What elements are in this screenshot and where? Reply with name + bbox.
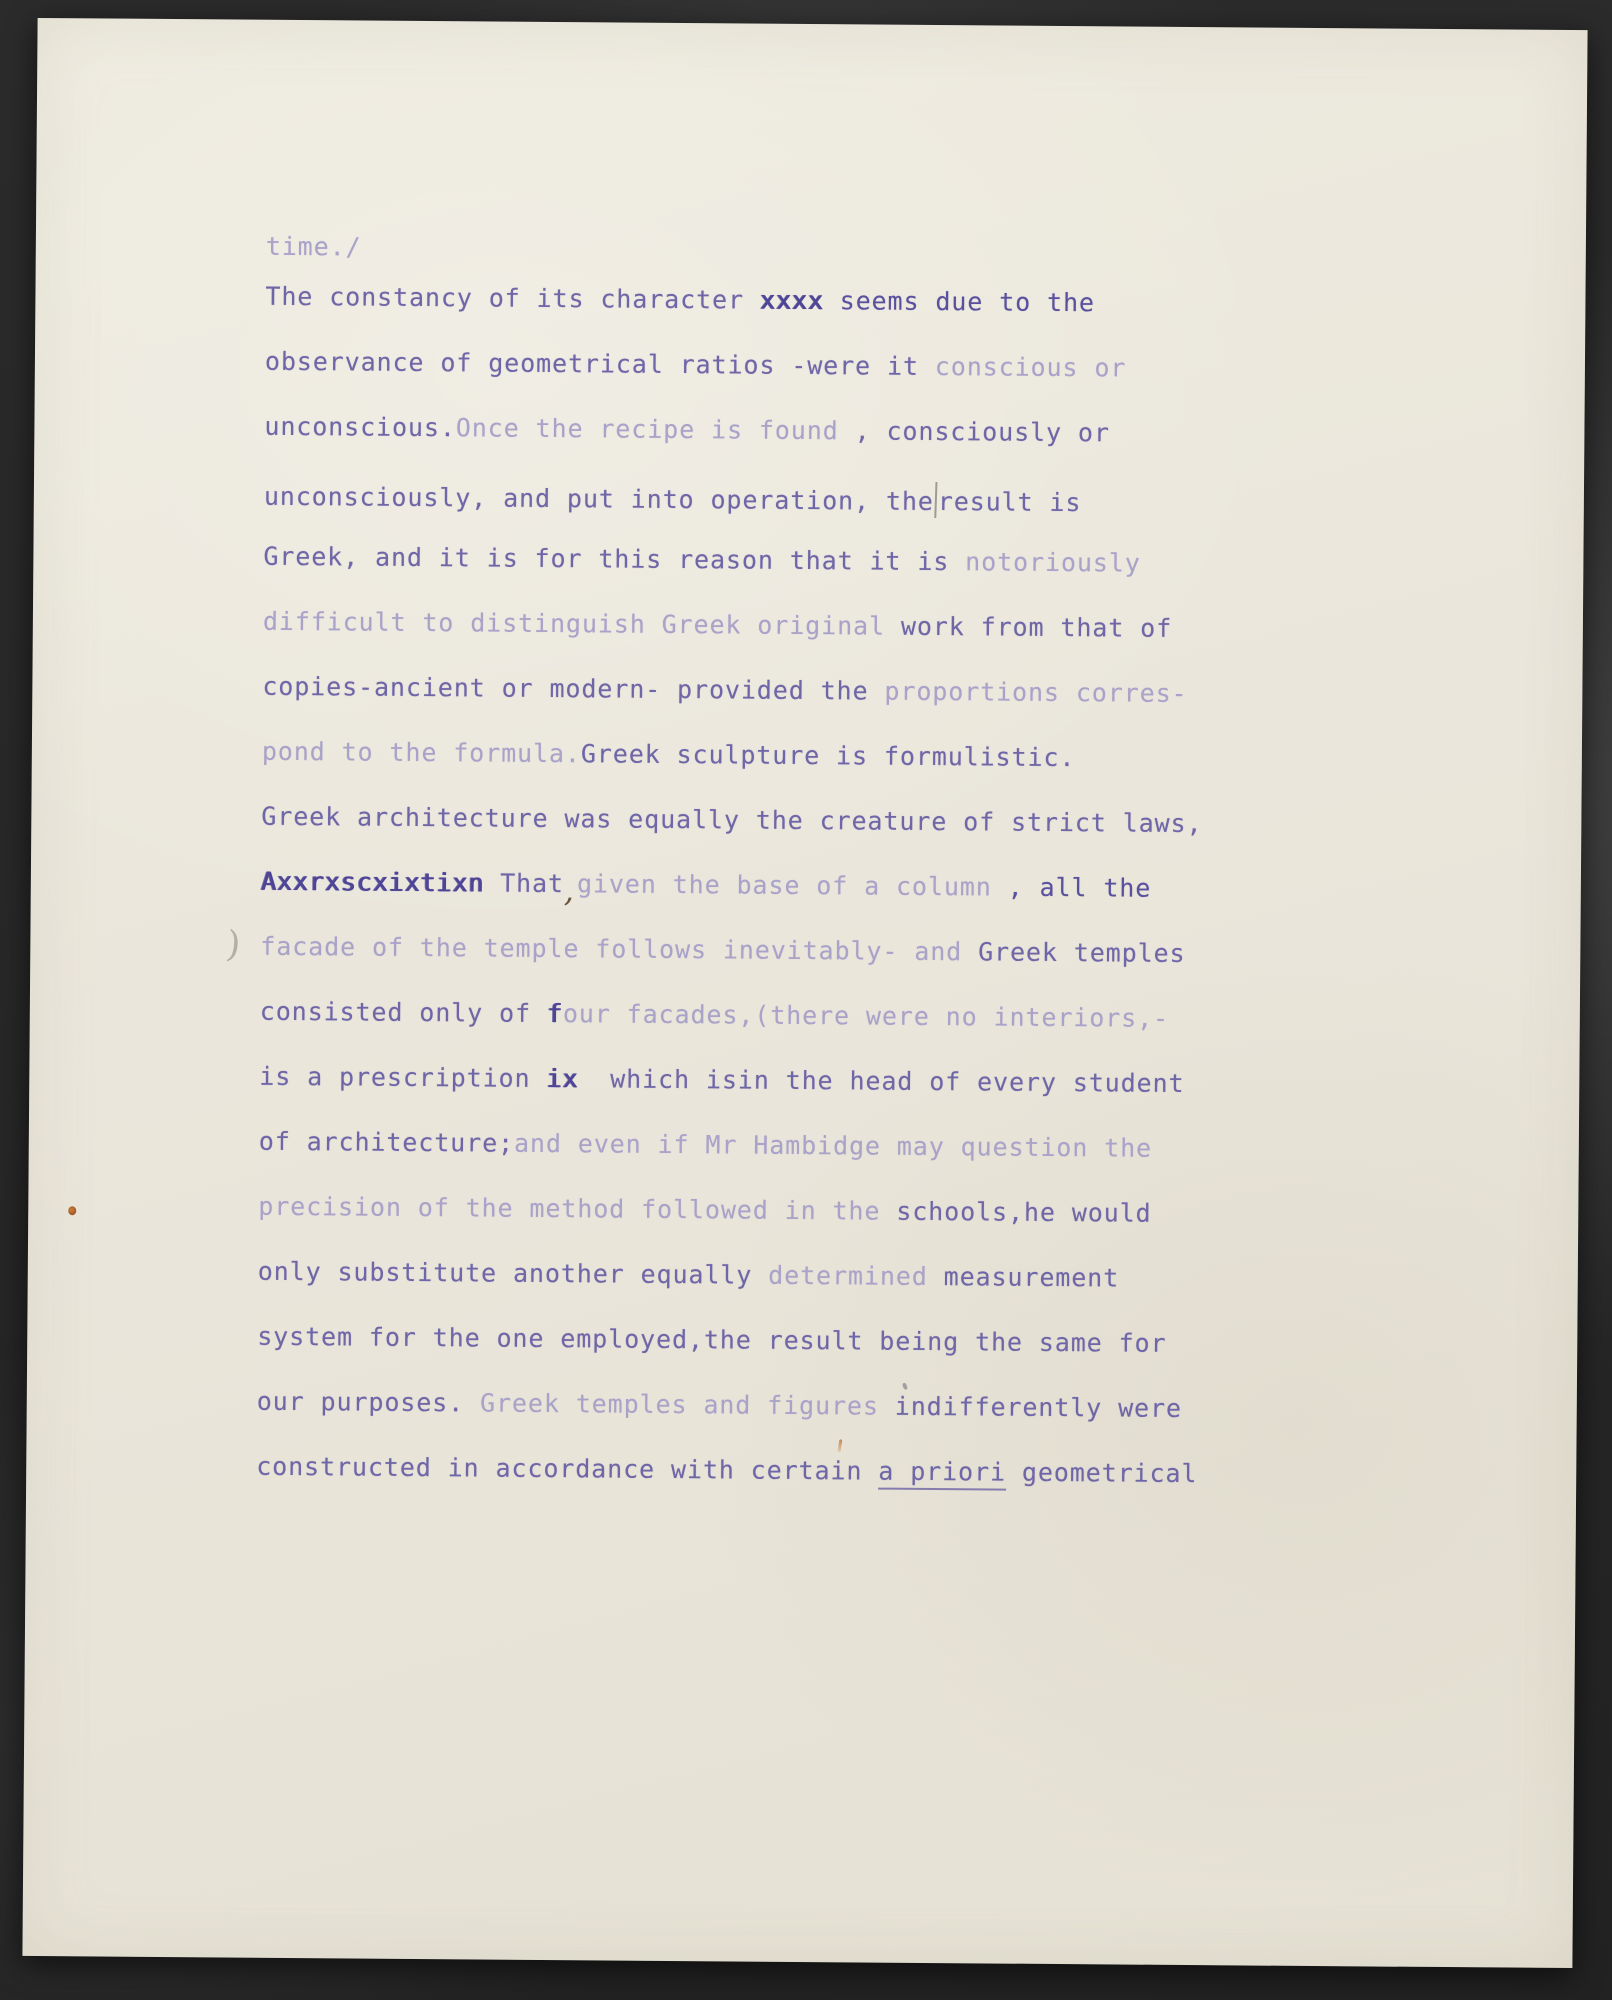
text-segment: our facades,(there were no interiors,- — [563, 999, 1169, 1033]
faint-pen-mark: ) — [224, 924, 243, 966]
text-line: difficult to distinguish Greek original … — [263, 607, 1205, 679]
text-segment: Once the recipe is found — [456, 413, 839, 445]
text-segment: Greek temples — [978, 937, 1186, 968]
text-segment: indifferently were — [895, 1392, 1182, 1423]
text-line: our purposes. Greek temples and figures … — [256, 1387, 1198, 1459]
text-line: The constancy of its character xxxx seem… — [265, 282, 1207, 354]
text-segment: pond to the formula. — [262, 737, 581, 769]
text-line: unconscious.Once the recipe is found , c… — [264, 412, 1206, 484]
text-segment: constructed in accordance with certain — [256, 1452, 878, 1486]
text-segment: The constancy of its character — [265, 282, 760, 315]
text-segment: is a prescription — [259, 1062, 546, 1093]
text-line: of architecture;and even if Mr Hambidge … — [258, 1127, 1200, 1199]
text-segment: a priori — [878, 1457, 1006, 1491]
text-segment: system for the one employed,the result b… — [257, 1322, 1166, 1358]
text-line: facade of the temple follows inevitably-… — [260, 932, 1202, 1004]
text-segment: schools,he would — [896, 1197, 1151, 1228]
text-line: pond to the formula.Greek sculpture is f… — [261, 737, 1203, 809]
text-segment: of architecture; — [259, 1127, 514, 1158]
rust-speck — [68, 1206, 76, 1215]
text-line: precision of the method followed in the … — [258, 1192, 1200, 1264]
text-line: only substitute another equally determin… — [257, 1257, 1199, 1329]
text-segment: conscious or — [935, 352, 1127, 383]
text-line: is a prescription ix which isin the head… — [259, 1062, 1201, 1134]
text-segment: time./ — [266, 232, 362, 262]
text-segment: xxxx — [760, 286, 824, 316]
text-segment: and even if Mr Hambidge may question the — [514, 1129, 1152, 1163]
text-line: unconsciously, and put into operation, t… — [264, 477, 1206, 549]
text-segment: Greek architecture was equally the creat… — [261, 802, 1202, 838]
handwritten-comma: , — [564, 871, 575, 909]
text-segment: Greek sculpture is formulistic. — [581, 739, 1076, 772]
text-line: observance of geometrical ratios -were i… — [265, 347, 1207, 419]
typewritten-text: time./ The constancy of its character xx… — [256, 232, 1207, 1524]
text-line-carryover: time./ — [266, 232, 1208, 289]
text-segment: measurement — [928, 1262, 1120, 1293]
text-line: Axxrxscxixtixn That,given the base of a … — [260, 867, 1202, 939]
text-segment: proportions corres- — [884, 677, 1187, 708]
text-segment: which isin the head of every student — [578, 1064, 1184, 1098]
text-segment: Axxrxscxixtixn — [261, 867, 485, 898]
text-segment: That — [484, 868, 564, 898]
text-segment: consisted only of — [260, 997, 547, 1028]
text-segment: copies-ancient or modern- provided the — [262, 672, 884, 706]
text-line: Greek architecture was equally the creat… — [261, 802, 1203, 874]
text-segment: facade of the temple follows inevitably-… — [260, 932, 978, 967]
text-segment: difficult to distinguish Greek original — [263, 607, 901, 641]
text-segment: , all the — [1008, 873, 1152, 903]
text-segment: Greek temples and figures — [480, 1388, 895, 1420]
text-line: Greek, and it is for this reason that it… — [263, 542, 1205, 614]
text-segment: notoriously — [965, 547, 1141, 577]
text-segment: Greek, and it is for this reason that it… — [263, 542, 965, 577]
text-segment: given the base of a column — [577, 869, 1008, 901]
text-segment: only substitute another equally — [258, 1257, 769, 1290]
text-segment: unconscious. — [264, 412, 456, 443]
text-segment: , consciously or — [839, 416, 1110, 447]
text-line: system for the one employed,the result b… — [257, 1322, 1199, 1394]
text-segment: work from that of — [901, 612, 1172, 643]
text-segment: precision of the method followed in the — [258, 1192, 896, 1226]
text-segment: determined — [768, 1261, 928, 1291]
paper-sheet: ) time./ The constancy of its character … — [22, 18, 1587, 1968]
text-line: copies-ancient or modern- provided the p… — [262, 672, 1204, 744]
text-segment: result is — [938, 487, 1082, 517]
text-segment: seems due to the — [824, 286, 1095, 317]
text-segment: geometrical — [1006, 1458, 1198, 1489]
text-segment: our purposes. — [257, 1387, 481, 1418]
text-line: consisted only of four facades,(there we… — [259, 997, 1201, 1069]
text-segment: ix — [546, 1064, 578, 1093]
text-line: constructed in accordance with certain a… — [256, 1452, 1198, 1524]
text-segment: f — [547, 999, 563, 1028]
text-segment: unconsciously, and put into operation, t… — [264, 482, 934, 516]
text-segment: observance of geometrical ratios -were i… — [265, 347, 935, 381]
scan-background: ) time./ The constancy of its character … — [0, 0, 1612, 2000]
